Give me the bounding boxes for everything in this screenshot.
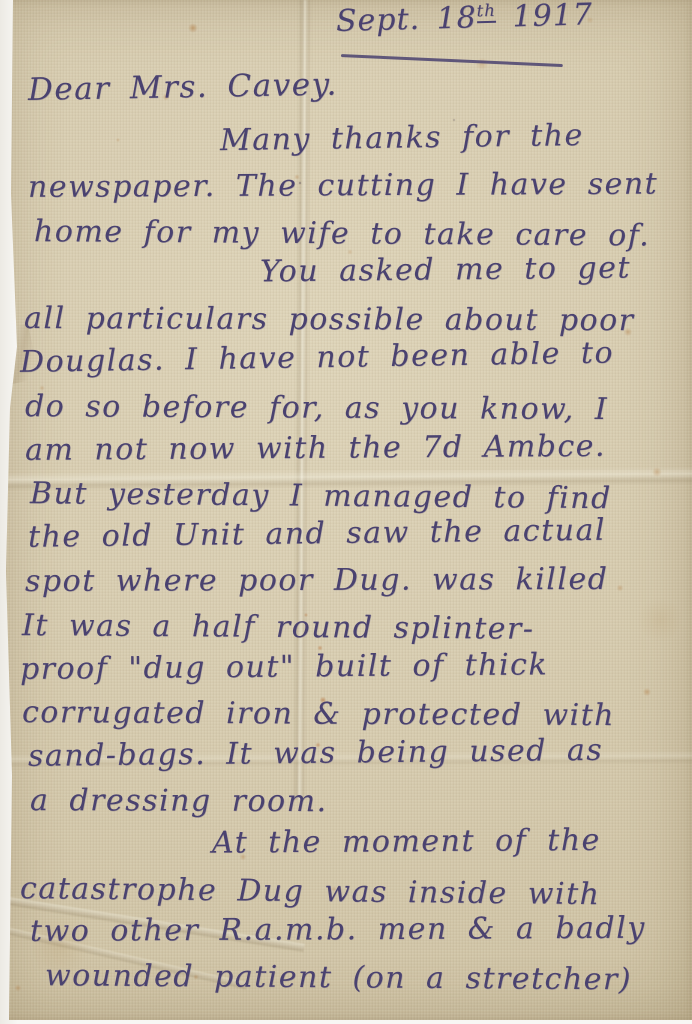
letter-line: the old Unit and saw the actual	[12, 508, 692, 560]
letter-line: Douglas. I have not been able to	[12, 330, 692, 385]
letter-paper: Sept. 18th 1917 Dear Mrs. Cavey. Many th…	[0, 0, 692, 1020]
letter-line: You asked me to get	[12, 246, 692, 297]
letter-line: Many thanks for the	[12, 112, 692, 165]
date-underline	[341, 54, 563, 67]
letter-line: newspaper. The cutting I have sent	[12, 162, 692, 209]
date-year: 1917	[496, 0, 594, 35]
letter-line: spot where poor Dug. was killed	[12, 558, 692, 604]
salutation: Dear Mrs. Cavey.	[28, 67, 338, 108]
letter-line: two other R.a.m.b. men & a badly	[12, 907, 692, 954]
letter-line: proof "dug out" built of thick	[12, 642, 692, 692]
date-prefix: Sept. 18	[336, 0, 478, 39]
date-superscript: th	[476, 1, 496, 23]
letter-line: am not now with the 7d Ambce.	[12, 424, 692, 473]
letter-line: At the moment of the	[12, 818, 692, 867]
date-line: Sept. 18th 1917	[336, 0, 594, 39]
letter-body: Many thanks for thenewspaper. The cuttin…	[12, 122, 692, 998]
letter-line: wounded patient (on a stretcher)	[12, 954, 692, 1003]
letter-line: sand-bags. It was being used as	[12, 728, 692, 779]
